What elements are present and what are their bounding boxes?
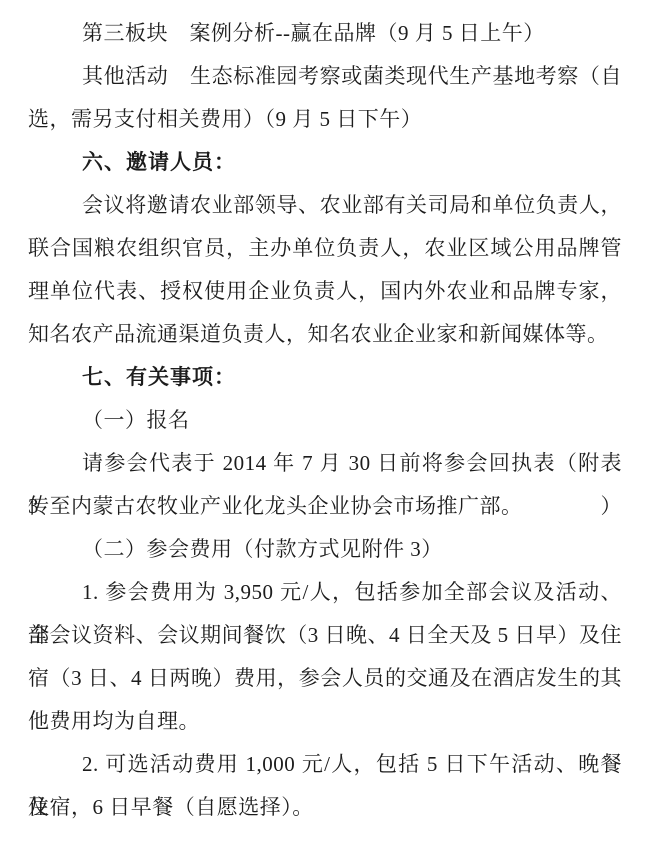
text-line: 2. 可选活动费用 1,000 元/人，包括 5 日下午活动、晚餐及 xyxy=(28,743,622,786)
para-section3-case-analysis: 第三板块 案例分析--赢在品牌（9 月 5 日上午） xyxy=(28,12,622,55)
text-line: 会议将邀请农业部领导、农业部有关司局和单位负责人， xyxy=(28,184,622,227)
text-line: 选，需另支付相关费用）（9 月 5 日下午） xyxy=(28,98,622,141)
para-fee-item-2: 2. 可选活动费用 1,000 元/人，包括 5 日下午活动、晚餐及 住宿，6 … xyxy=(28,743,622,829)
document-page: 第三板块 案例分析--赢在品牌（9 月 5 日上午） 其他活动 生态标准园考察或… xyxy=(0,0,650,868)
text-line: （一）报名 xyxy=(28,399,622,442)
text-line: （二）参会费用（付款方式见附件 3） xyxy=(28,528,622,571)
text-line: 联合国粮农组织官员，主办单位负责人，农业区域公用品牌管 xyxy=(28,227,622,270)
text-line: 第三板块 案例分析--赢在品牌（9 月 5 日上午） xyxy=(28,12,622,55)
para-invitees-list: 会议将邀请农业部领导、农业部有关司局和单位负责人， 联合国粮农组织官员，主办单位… xyxy=(28,184,622,356)
text-line: 他费用均为自理。 xyxy=(28,700,622,743)
para-other-activities: 其他活动 生态标准园考察或菌类现代生产基地考察（自 选，需另支付相关费用）（9 … xyxy=(28,55,622,141)
text-line: 请参会代表于 2014 年 7 月 30 日前将参会回执表（附表 3） xyxy=(28,442,622,485)
heading-section-6-invitees: 六、邀请人员： xyxy=(28,141,622,184)
text-line: 部会议资料、会议期间餐饮（3 日晚、4 日全天及 5 日早）及住 xyxy=(28,614,622,657)
subheading-registration: （一）报名 xyxy=(28,399,622,442)
text-line: 理单位代表、授权使用企业负责人，国内外农业和品牌专家， xyxy=(28,270,622,313)
subheading-conference-fees: （二）参会费用（付款方式见附件 3） xyxy=(28,528,622,571)
text-line: 宿（3 日、4 日两晚）费用，参会人员的交通及在酒店发生的其 xyxy=(28,657,622,700)
text-line: 1. 参会费用为 3,950 元/人，包括参加全部会议及活动、全 xyxy=(28,571,622,614)
text-line: 六、邀请人员： xyxy=(28,141,622,184)
para-registration-deadline: 请参会代表于 2014 年 7 月 30 日前将参会回执表（附表 3） 传至内蒙… xyxy=(28,442,622,528)
text-line: 住宿，6 日早餐（自愿选择）。 xyxy=(28,786,622,829)
text-line: 知名农产品流通渠道负责人，知名农业企业家和新闻媒体等。 xyxy=(28,313,622,356)
document-body: 第三板块 案例分析--赢在品牌（9 月 5 日上午） 其他活动 生态标准园考察或… xyxy=(28,12,622,829)
heading-section-7-matters: 七、有关事项： xyxy=(28,356,622,399)
text-line: 其他活动 生态标准园考察或菌类现代生产基地考察（自 xyxy=(28,55,622,98)
text-line: 七、有关事项： xyxy=(28,356,622,399)
para-fee-item-1: 1. 参会费用为 3,950 元/人，包括参加全部会议及活动、全 部会议资料、会… xyxy=(28,571,622,743)
